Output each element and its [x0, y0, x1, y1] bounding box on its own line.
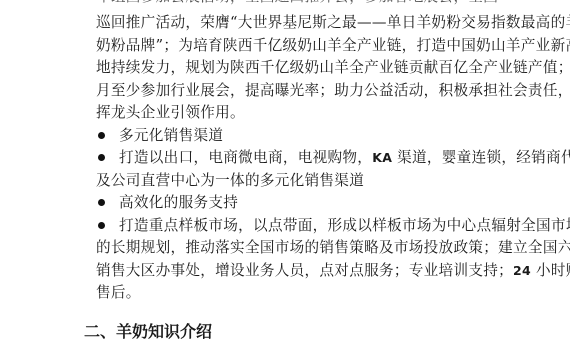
- paragraph-line: 的长期规划，推动落实全国市场的销售策略及市场投放政策；建立全国六大: [96, 239, 476, 257]
- paragraph-line-cutoff: 年组团参加会展活动，全国巡回推介会，参加各地展会，全国: [96, 0, 476, 6]
- line-text: 小时贴心: [531, 262, 570, 279]
- line-text: 销售大区办事处，增设业务人员，点对点服务；专业培训支持；: [96, 262, 513, 279]
- paragraph-line: 售后。: [96, 284, 476, 302]
- bullet-text: 高效化的服务支持: [119, 194, 238, 211]
- section-heading: 二、羊奶知识介绍: [84, 319, 212, 342]
- latin-text: KA: [372, 150, 392, 165]
- bullet-text: 多元化销售渠道: [119, 127, 223, 144]
- bullet-item-sales-channels: 多元化销售渠道: [96, 127, 223, 145]
- paragraph-line: 月至少参加行业展会，提高曝光率；助力公益活动，积极承担社会责任，发: [96, 82, 476, 100]
- bullet-text: 渠道，婴童连锁，经销商代理: [392, 149, 570, 166]
- paragraph-line: 巡回推广活动，荣膺“大世界基尼斯之最——单日羊奶粉交易指数最高的羊: [96, 14, 476, 32]
- bullet-item-service-detail: 打造重点样板市场，以点带面，形成以样板市场为中心点辐射全国市场: [96, 217, 570, 235]
- paragraph-line: 挥龙头企业引领作用。: [96, 104, 476, 122]
- bullet-icon: [98, 132, 105, 139]
- bullet-icon: [98, 199, 105, 206]
- bullet-item-service-support: 高效化的服务支持: [96, 194, 238, 212]
- latin-text: 24: [513, 263, 531, 278]
- bullet-text: 打造以出口，电商微电商，电视购物，: [119, 149, 372, 166]
- paragraph-line: 地持续发力，规划为陕西千亿级奶山羊全产业链贡献百亿全产业链产值；每: [96, 59, 476, 77]
- document-page: 年组团参加会展活动，全国巡回推介会，参加各地展会，全国 巡回推广活动，荣膺“大世…: [0, 0, 570, 360]
- paragraph-line: 及公司直营中心为一体的多元化销售渠道: [96, 172, 476, 190]
- paragraph-line: 销售大区办事处，增设业务人员，点对点服务；专业培训支持；24 小时贴心: [96, 262, 476, 280]
- paragraph-line: 奶粉品牌”；为培育陕西千亿级奶山羊全产业链，打造中国奶山羊产业新高: [96, 37, 476, 55]
- bullet-item-channel-detail: 打造以出口，电商微电商，电视购物，KA 渠道，婴童连锁，经销商代理: [96, 149, 570, 167]
- bullet-icon: [98, 222, 105, 229]
- bullet-text: 打造重点样板市场，以点带面，形成以样板市场为中心点辐射全国市场: [119, 217, 570, 234]
- bullet-icon: [98, 154, 105, 161]
